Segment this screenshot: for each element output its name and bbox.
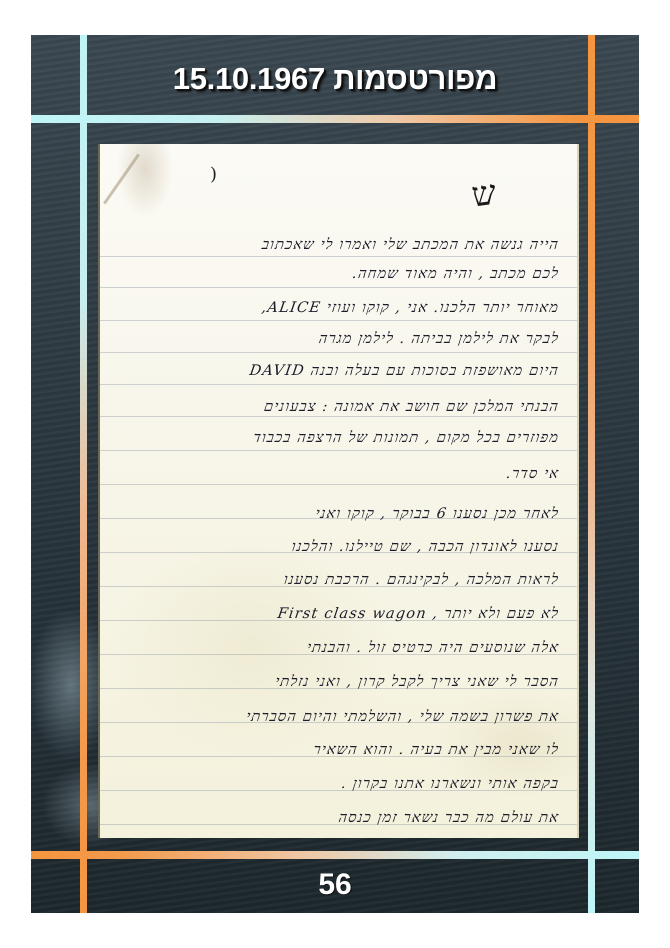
- letter-line: לאחר מכן נסענו 6 בבוקר , קוקו ואני: [113, 506, 560, 523]
- letter-line: לבקר את לילמן בביתה . לילמן מגרה: [113, 331, 560, 348]
- letter-line: לו שאני מבין את בעיה . והוא השאיר: [113, 742, 560, 759]
- ruled-line: [100, 484, 577, 485]
- right-accent-line: [588, 35, 595, 913]
- letter-line: אלה שנוסעים היה כרטיס זול . והבנתי: [113, 640, 560, 657]
- letter-line: מפוזרים בכל מקום , תמונות של הרצפה בכבוד: [113, 430, 560, 447]
- letter-line: בקפה אותי ונשארנו אתנו בקרון .: [113, 776, 560, 793]
- left-accent-line: [80, 35, 87, 913]
- letter-line: אי סדר.: [113, 466, 560, 483]
- letter-line: מאוחר יותר הלכנו. אני , קוקו ועוזי ALICE…: [113, 300, 560, 317]
- letter-line: הייה גנשה את המכתב שלי ואמרו לי שאכתוב: [113, 237, 560, 254]
- ruled-line: [100, 320, 577, 321]
- ruled-line: [100, 287, 577, 288]
- ruled-line: [100, 450, 577, 451]
- letter-line: את פשרון בשמה שלי , והשלמתי והיום הסברתי: [113, 709, 560, 726]
- letter-line: לכם מכתב , והיה מאוד שמחה.: [113, 266, 560, 283]
- letter-line: הבנתי המלכן שם חושב את אמונה : צבעונים: [113, 399, 560, 416]
- ruled-line: [100, 352, 577, 353]
- page-number: 56: [31, 867, 639, 903]
- ruled-line: [100, 384, 577, 385]
- letter-line: נסענו לאונדון הכבה , שם טיילנו. והלכנו: [113, 539, 560, 556]
- letter-line: לראות המלכה , לבקינגהם . הרכבת נסענו: [113, 572, 560, 589]
- letter-line: הסבר לי שאני צריך לקבל קרון , ואני נזלתי: [113, 674, 560, 691]
- paper-tear: [103, 154, 140, 205]
- ruled-line: [100, 256, 577, 257]
- ruled-line: [100, 416, 577, 417]
- header-mark: ש: [469, 173, 498, 216]
- top-accent-line: [31, 115, 639, 123]
- corner-mark: ): [210, 164, 217, 185]
- handwritten-letter: ) ש הייה גנשה את המכתב שלי ואמרו לי שאכת…: [98, 144, 579, 838]
- bottom-accent-line: [31, 851, 639, 859]
- letter-line: לא פעם ולא יותר , First class wagon: [113, 606, 560, 623]
- slide-title: מפורטסמות 15.10.1967: [31, 59, 639, 99]
- letter-line: את עולם מה כבר נשאר זמן כנסה: [113, 810, 560, 827]
- slide: מפורטסמות 15.10.1967 ) ש הייה גנשה את המ…: [31, 35, 639, 913]
- letter-line: היום מאושפזת בסוכות עם בעלה ובנה DAVID: [113, 363, 560, 380]
